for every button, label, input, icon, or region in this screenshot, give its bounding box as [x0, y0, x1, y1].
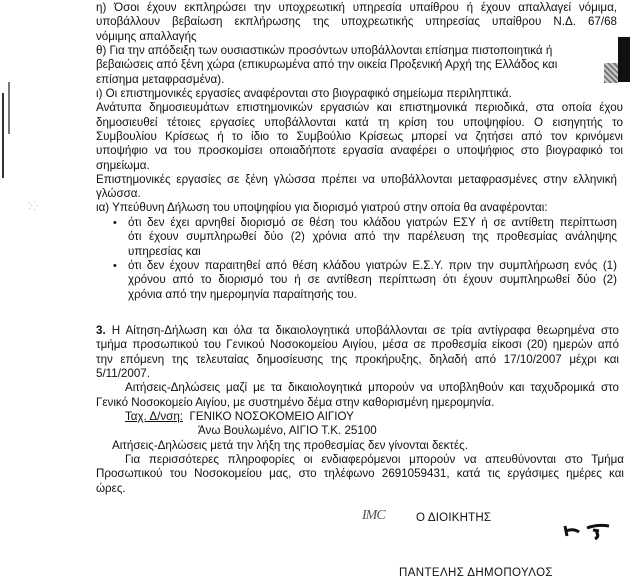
item-iota-line: γλώσσα.	[96, 187, 617, 201]
bullet-icon: •	[113, 216, 117, 230]
item-ia-intro: ια) Υπεύθυνη Δήλωση του υποψηφίου για δι…	[96, 201, 617, 215]
section-3-line-1: 3. Η Αίτηση-Δήλωση και όλα τα δικαιολογη…	[96, 324, 619, 338]
official-stamp: ΙΜC	[362, 508, 385, 524]
item-iota-line: δημοσιευθεί τέτοιες εργασίες υποβάλλοντα…	[96, 116, 623, 130]
item-theta-line: θ) Για την απόδειξη των ουσιαστικών προσ…	[96, 44, 606, 58]
section-3-line: την επόμενη της τελευταίας δημοσίευσης τ…	[96, 353, 619, 367]
address-line: Ταχ. Δ/νση: ΓΕΝΙΚΟ ΝΟΣΟΚΟΜΕΙΟ ΑΙΓΙΟΥ	[125, 410, 354, 424]
bullet-icon: •	[113, 259, 117, 273]
item-iota-line: Συμβουλίου Κρίσεως ή το ίδιο το Συμβούλι…	[96, 130, 623, 144]
item-ia-bullet-line: ότι δεν έχει αρνηθεί διορισμό σε θέση το…	[128, 216, 617, 230]
section-3-line: τμήμα προσωπικού του Γενικού Νοσοκομείου…	[96, 338, 619, 352]
item-iota-line: Ανάτυπα δημοσιευμάτων επιστημονικών εργα…	[96, 101, 623, 115]
info-para-line: ώρες.	[96, 482, 617, 496]
item-theta-line: βεβαιώσεις από ξένη χώρα (επικυρωμένα απ…	[96, 58, 606, 72]
item-eta-line: υποβάλλουν βεβαίωση εκπλήρωσης της υποχρ…	[96, 15, 617, 29]
item-iota-line: σημείωμα.	[96, 159, 617, 173]
item-eta-line: η) Όσοι έχουν εκπληρώσει την υποχρεωτική…	[96, 1, 617, 15]
signatory-name: ΠΑΝΤΕΛΗΣ ΔΗΜΟΠΟΥΛΟΣ	[399, 567, 553, 579]
item-ia-bullet-line: υπηρεσίας και	[128, 245, 617, 259]
section-number: 3.	[96, 324, 106, 337]
section-3-text: Η Αίτηση-Δήλωση και όλα τα δικαιολογητικ…	[106, 324, 619, 337]
item-iota-line: Επιστημονικές εργασίες σε ξένη γλώσσα πρ…	[96, 173, 617, 187]
section-3-line: 5/11/2007.	[96, 367, 617, 381]
signatory-title: Ο ΔΙΟΙΚΗΤΗΣ	[416, 512, 491, 524]
item-iota-line: υποψήφιο να του προσκομίσει οποιαδήποτε …	[96, 144, 623, 158]
item-ia-bullet-line: χρόνου από το διορισμό του ή σε αντίθεση…	[128, 273, 617, 287]
item-iota-line: ι) Οι επιστημονικές εργασίες αναφέρονται…	[96, 87, 617, 101]
scan-smudge: ⁚⁛	[28, 201, 38, 212]
item-ia-bullet-line: χρόνια από την ημερομηνία παραίτησής του…	[128, 288, 617, 302]
postal-para-line: Αιτήσεις-Δηλώσεις μαζί με τα δικαιολογητ…	[125, 381, 619, 395]
item-ia-bullet-line: ότι δεν έχουν παραιτηθεί από θέση κλάδου…	[128, 259, 617, 273]
late-notice: Αιτήσεις-Δηλώσεις μετά την λήξη της προθ…	[112, 439, 468, 453]
item-eta-line: νόμιμης απαλλαγής	[96, 30, 617, 44]
scan-margin-mark	[2, 93, 4, 178]
postal-para-line: Γενικό Νοσοκομείο Αιγίου, με συστημένο δ…	[96, 396, 617, 410]
address-label: Ταχ. Δ/νση:	[125, 410, 183, 423]
address-street: Άνω Βουλωμένο, ΑΙΓΙΟ Τ.Κ. 25100	[198, 424, 377, 438]
info-para-line: Προσωπικού του Νοσοκομείου μας, στο τηλέ…	[96, 467, 624, 481]
scanned-document-page: ⁚⁛ η) Όσοι έχουν εκπληρώσει την υποχρεωτ…	[0, 0, 640, 583]
address-name: ΓΕΝΙΚΟ ΝΟΣΟΚΟΜΕΙΟ ΑΙΓΙΟΥ	[189, 410, 353, 423]
handwritten-signature	[563, 522, 611, 540]
item-ia-bullet-line: ότι έχουν συμπληρωθεί δύο (2) χρόνια από…	[128, 230, 617, 244]
scan-margin-mark	[8, 82, 10, 134]
info-para-line: Για περισσότερες πληροφορίες οι ενδιαφερ…	[125, 453, 624, 467]
item-theta-line: επίσημα μεταφρασμένα).	[96, 73, 617, 87]
scan-edge-artifact	[618, 37, 630, 82]
